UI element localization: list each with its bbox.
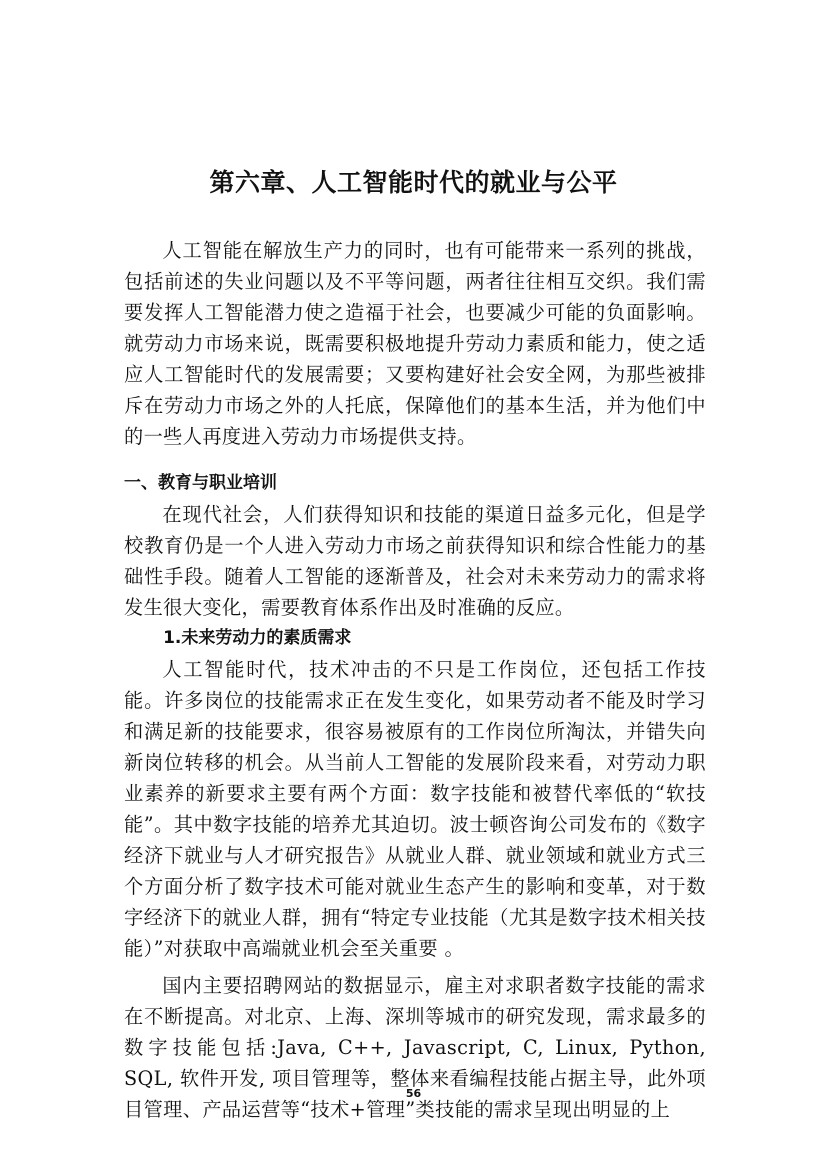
- body-content: 人工智能在解放生产力的同时，也有可能带来一系列的挑战，包括前述的失业问题以及不平…: [124, 235, 706, 1125]
- section-heading: 一、教育与职业培训: [124, 468, 706, 499]
- page-number: 56: [0, 1087, 827, 1100]
- chapter-title: 第六章、人工智能时代的就业与公平: [0, 163, 827, 199]
- subsection-paragraph-2: 国内主要招聘网站的数据显示，雇主对求职者数字技能的需求在不断提高。对北京、上海、…: [124, 970, 706, 1125]
- subsection-labor-quality: 1.未来劳动力的素质需求 人工智能时代，技术冲击的不只是工作岗位，还包括工作技能…: [124, 623, 706, 1125]
- section-education: 一、教育与职业培训 在现代社会，人们获得知识和技能的渠道日益多元化，但是学校教育…: [124, 468, 706, 1125]
- subsection-paragraph-1: 人工智能时代，技术冲击的不只是工作岗位，还包括工作技能。许多岗位的技能需求正在发…: [124, 654, 706, 964]
- subsection-heading: 1.未来劳动力的素质需求: [124, 623, 706, 654]
- intro-paragraph: 人工智能在解放生产力的同时，也有可能带来一系列的挑战，包括前述的失业问题以及不平…: [124, 235, 706, 452]
- section-paragraph: 在现代社会，人们获得知识和技能的渠道日益多元化，但是学校教育仍是一个人进入劳动力…: [124, 499, 706, 623]
